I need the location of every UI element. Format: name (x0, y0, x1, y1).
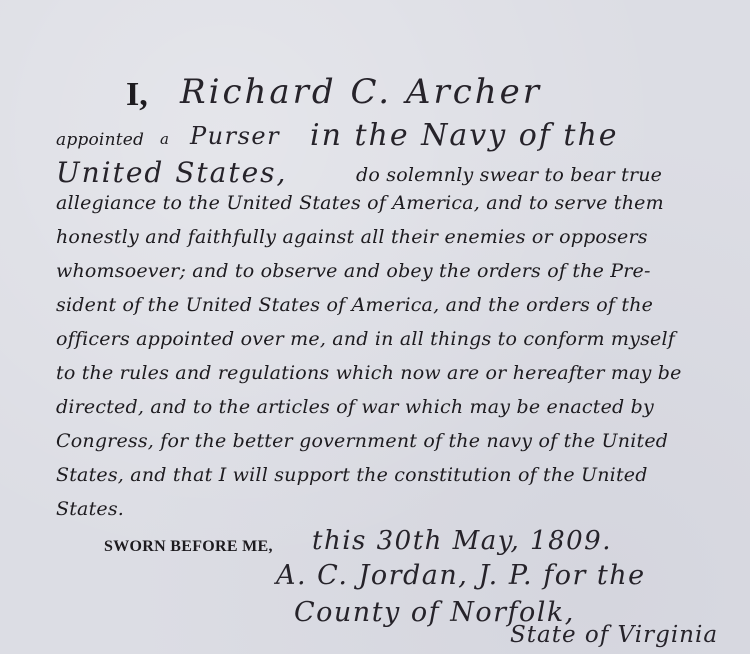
body-line: directed, and to the articles of war whi… (56, 396, 654, 418)
body-line: States, and that I will support the cons… (56, 464, 648, 486)
body-line: States. (56, 498, 124, 520)
sworn-date-handwritten: this 30th May, 1809. (312, 526, 612, 556)
appointed-article: a (160, 130, 169, 148)
body-line: honestly and faithfully against all thei… (56, 226, 648, 248)
appointed-office-handwritten: Purser (190, 122, 280, 150)
appointed-prefix: appointed (56, 130, 144, 150)
oath-intro: I, (126, 76, 148, 114)
body-line: sident of the United States of America, … (56, 294, 653, 316)
body-line: officers appointed over me, and in all t… (56, 328, 675, 350)
body-line: Congress, for the better government of t… (56, 430, 668, 452)
sworn-label: SWORN BEFORE ME, (104, 538, 273, 556)
body-line: do solemnly swear to bear true (356, 164, 662, 186)
oath-name-handwritten: Richard C. Archer (180, 72, 542, 112)
signature-line: State of Virginia (510, 622, 718, 648)
signature-line: A. C. Jordan, J. P. for the (276, 560, 646, 591)
appointed-service-handwritten: in the Navy of the (310, 118, 619, 153)
appointed-service-line2-handwritten: United States, (56, 156, 287, 189)
document-page: I, Richard C. Archer appointed a Purser … (0, 0, 750, 654)
body-line: to the rules and regulations which now a… (56, 362, 682, 384)
body-line: whomsoever; and to observe and obey the … (56, 260, 651, 282)
body-line: allegiance to the United States of Ameri… (56, 192, 664, 214)
